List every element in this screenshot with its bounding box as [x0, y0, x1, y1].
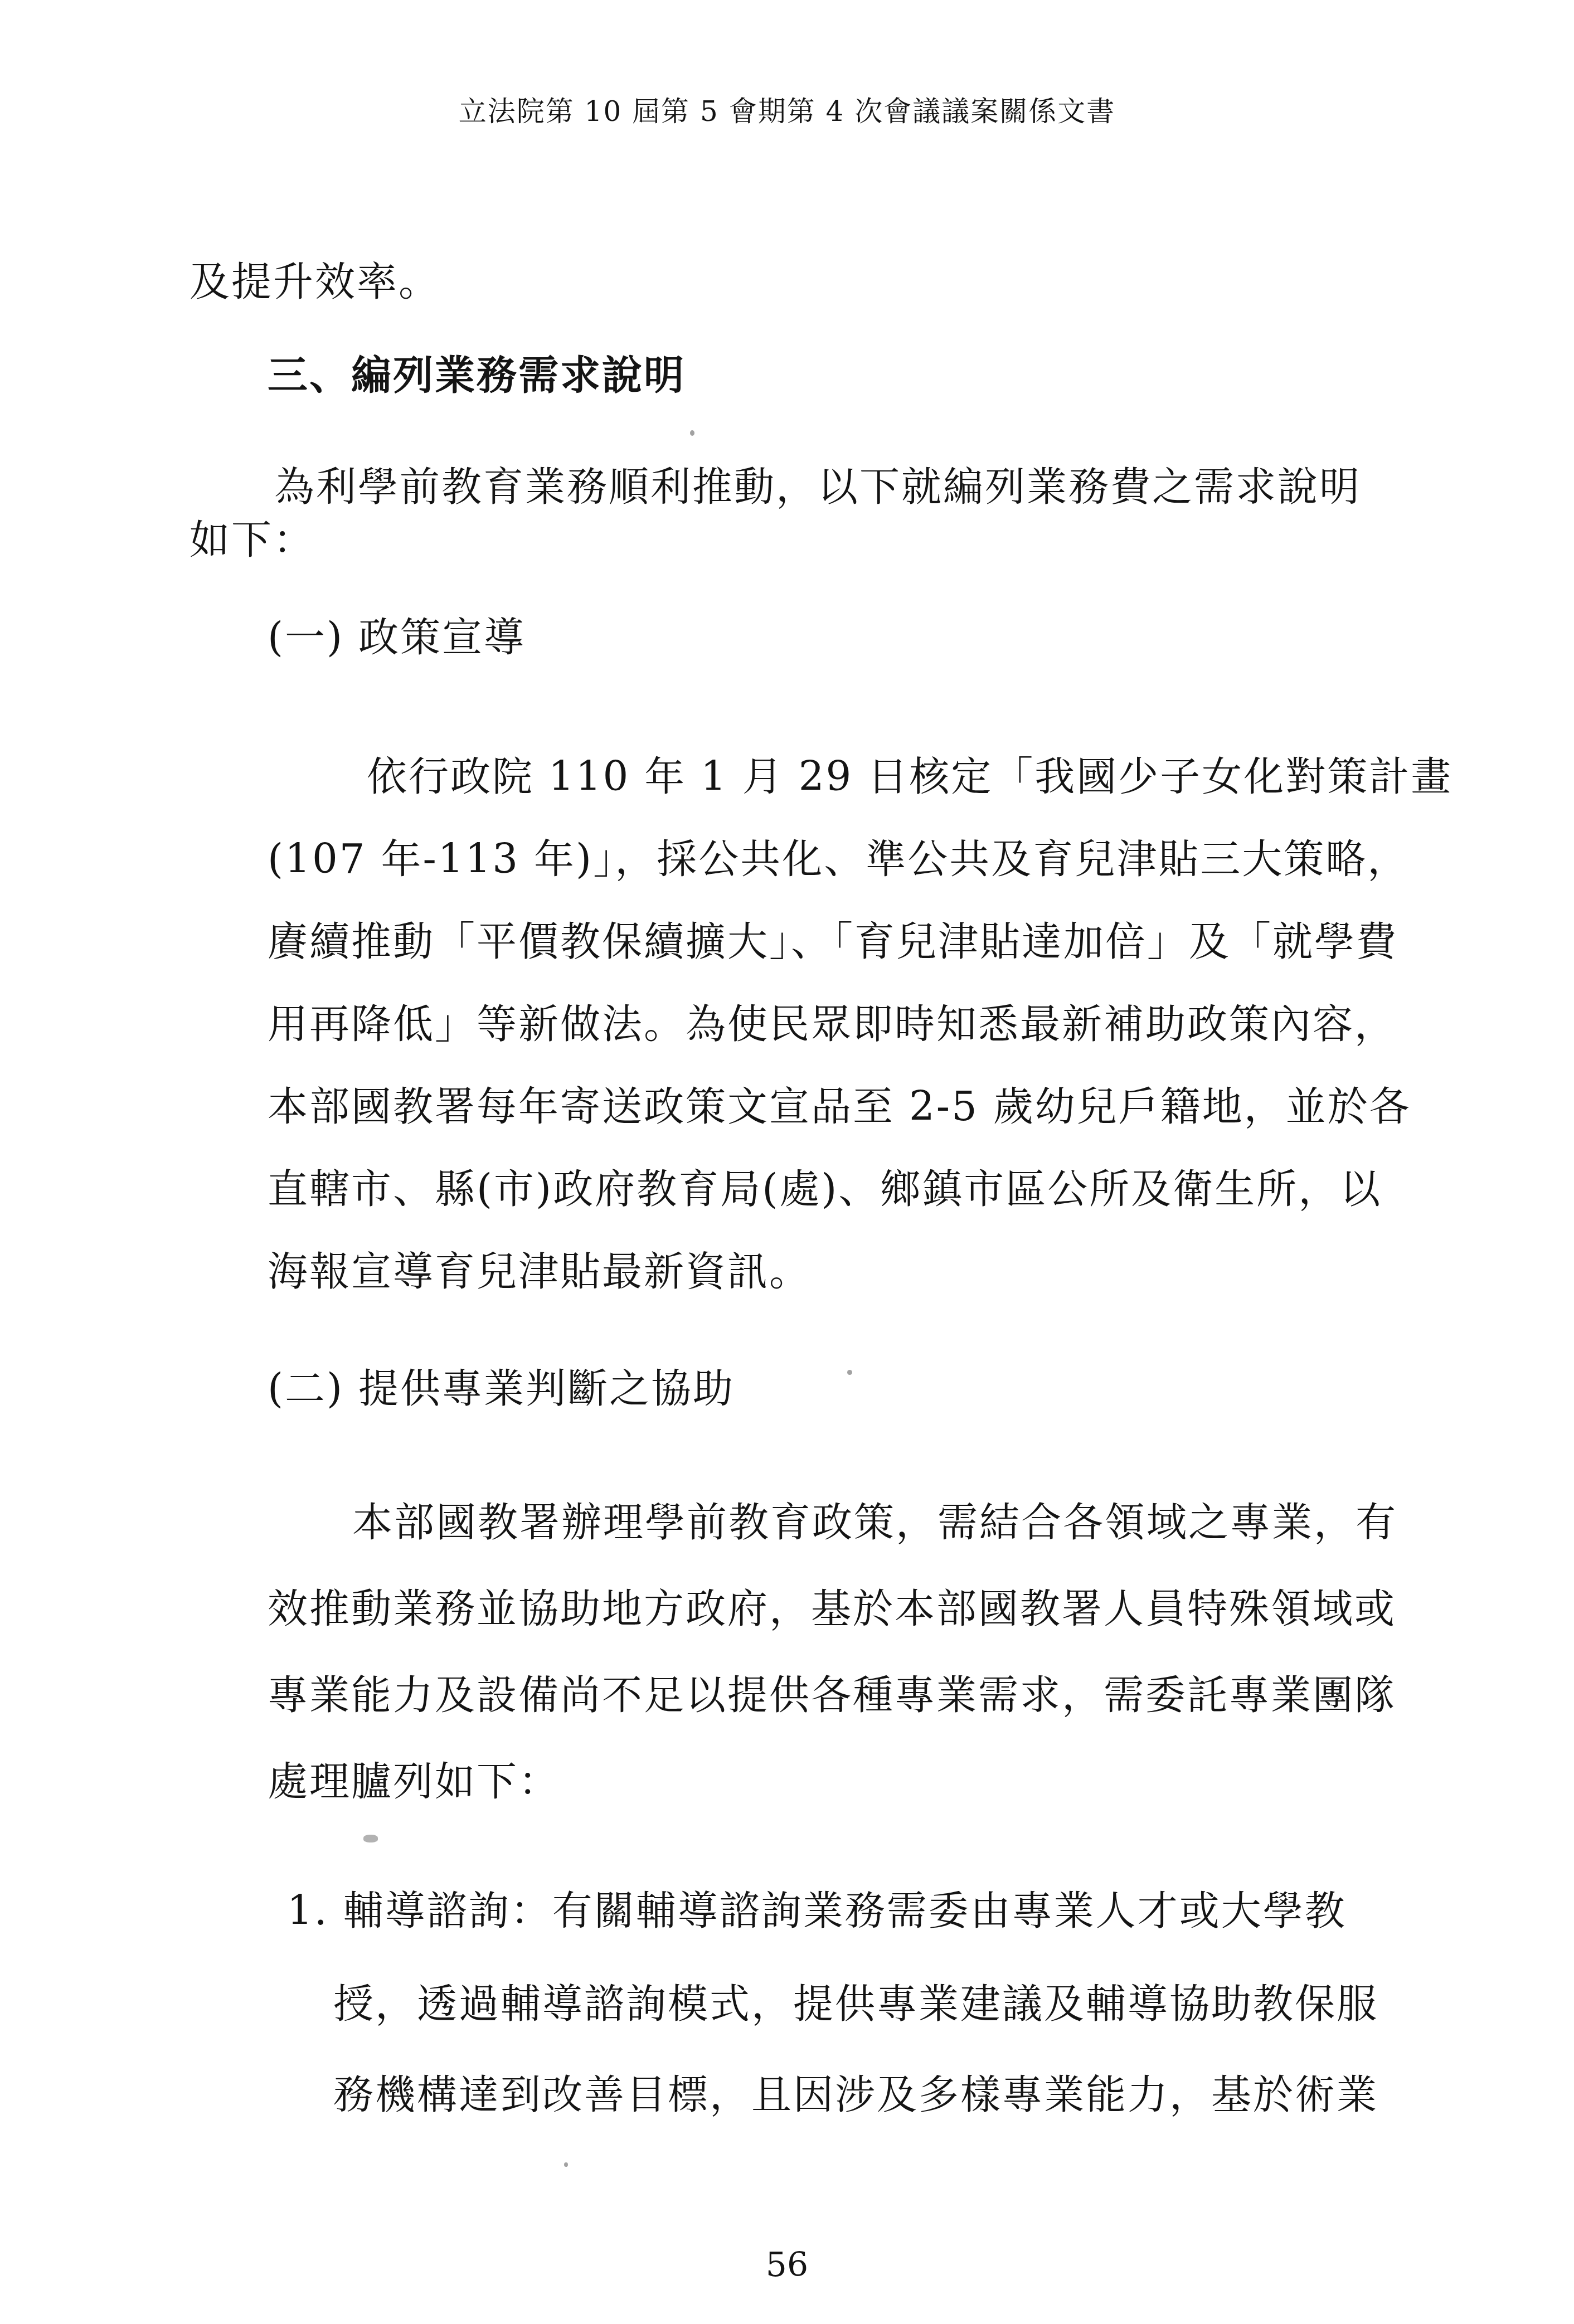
- ink-speck: [564, 2162, 568, 2167]
- list-item-1: 1.輔導諮詢：有關輔導諮詢業務需委由專業人才或大學教: [287, 1887, 1347, 1934]
- subsection-2-line: 專業能力及設備尚不足以提供各種專業需求，需委託專業團隊: [268, 1671, 1396, 1719]
- subsection-2-heading: (二) 提供專業判斷之協助: [268, 1364, 735, 1412]
- list-item-text: 輔導諮詢：有關輔導諮詢業務需委由專業人才或大學教: [343, 1887, 1347, 1934]
- page-number: 56: [766, 2245, 808, 2285]
- intro-line-1: 為利學前教育業務順利推動，以下就編列業務費之需求說明: [274, 463, 1361, 510]
- document-page: 立法院第 10 屆第 5 會期第 4 次會議議案關係文書 及提升效率。 三、編列…: [0, 0, 1574, 2324]
- ink-smudge: [363, 1835, 378, 1842]
- subsection-1-line: 賡續推動「平價教保續擴大」、「育兒津貼達加倍」及「就學費: [268, 917, 1398, 965]
- list-item-1-continuation: 務機構達到改善目標，且因涉及多樣專業能力，基於術業: [333, 2070, 1378, 2118]
- section-heading: 三、編列業務需求說明: [268, 351, 686, 399]
- list-item-number: 1.: [287, 1887, 329, 1934]
- subsection-2-line: 本部國教署辦理學前教育政策，需結合各領域之專業，有: [352, 1498, 1397, 1546]
- subsection-1-line: 海報宣導育兒津貼最新資訊。: [268, 1247, 811, 1295]
- subsection-1-line: 本部國教署每年寄送政策文宣品至 2-5 歲幼兒戶籍地，並於各: [268, 1082, 1411, 1130]
- intro-line-2: 如下：: [190, 516, 315, 563]
- subsection-1-line: 用再降低」等新做法。為使民眾即時知悉最新補助政策內容，: [268, 1000, 1396, 1048]
- ink-speck: [690, 430, 694, 436]
- subsection-2-line: 處理臚列如下：: [268, 1757, 560, 1805]
- subsection-1-line: 直轄市、縣(市)政府教育局(處)、鄉鎮市區公所及衛生所，以: [268, 1165, 1382, 1213]
- ink-speck: [847, 1370, 852, 1375]
- document-header: 立法院第 10 屆第 5 會期第 4 次會議議案關係文書: [459, 95, 1116, 128]
- paragraph-closing-line: 及提升效率。: [190, 257, 440, 305]
- subsection-1-line: (107 年-113 年)」，採公共化、準公共及育兒津貼三大策略，: [268, 835, 1409, 883]
- list-item-1-continuation: 授，透過輔導諮詢模式，提供專業建議及輔導協助教保服: [333, 1980, 1378, 2028]
- subsection-1-line: 依行政院 110 年 1 月 29 日核定「我國少子女化對策計畫: [367, 752, 1452, 800]
- subsection-2-line: 效推動業務並協助地方政府，基於本部國教署人員特殊領域或: [268, 1584, 1396, 1632]
- subsection-1-heading: (一) 政策宣導: [268, 613, 526, 661]
